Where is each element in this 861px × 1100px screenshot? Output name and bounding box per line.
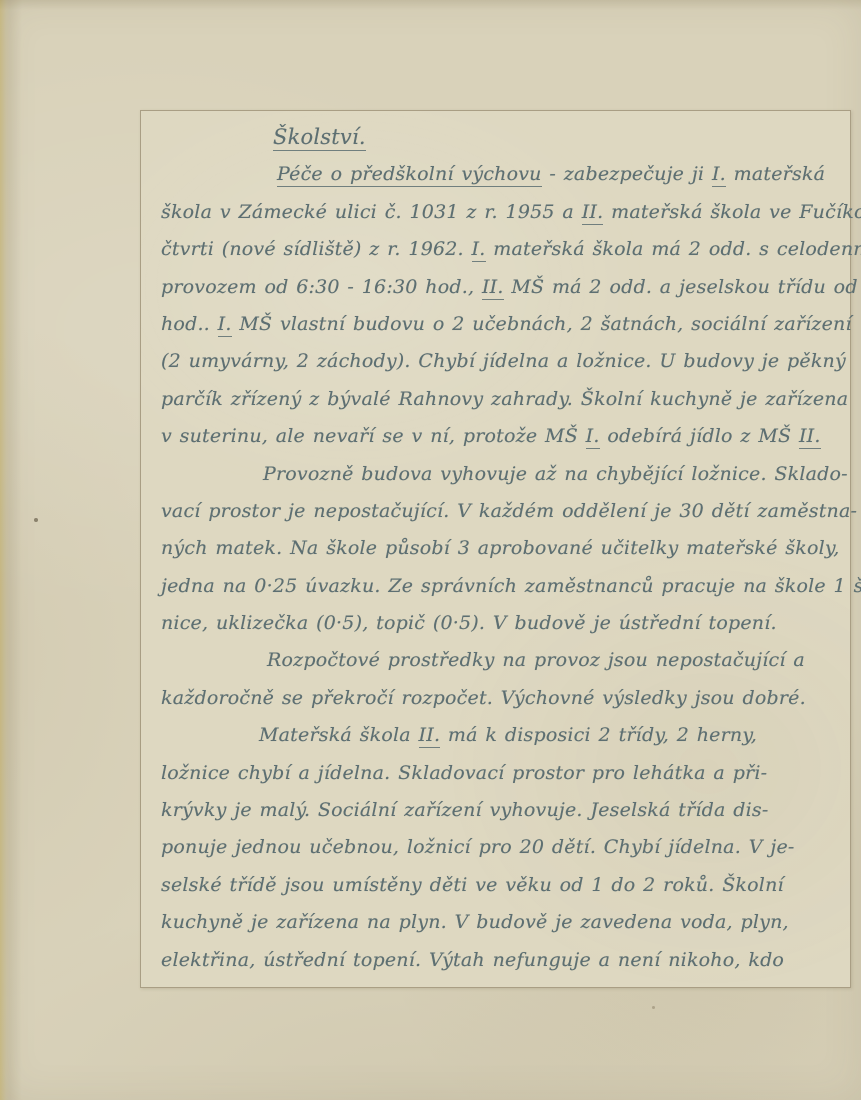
text-segment: selské třídě jsou umístěny děti ve věku … — [161, 874, 784, 896]
underlined-text: II. — [419, 724, 441, 748]
text-line: Péče o předškolní výchovu - zabezpečuje … — [161, 156, 846, 193]
manuscript-sheet: Školství.Péče o předškolní výchovu - zab… — [140, 110, 851, 988]
text-segment: škola v Zámecké ulici č. 1031 z r. 1955 … — [161, 201, 582, 223]
text-line: ných matek. Na škole působí 3 aprobované… — [161, 530, 846, 567]
text-segment: - zabezpečuje ji — [542, 163, 712, 185]
underlined-text: I. — [472, 238, 486, 262]
text-line: provozem od 6:30 - 16:30 hod., II. MŠ má… — [161, 269, 846, 306]
underlined-text: II. — [799, 425, 821, 449]
text-line: parčík zřízený z bývalé Rahnovy zahrady.… — [161, 381, 846, 418]
underlined-text: I. — [218, 313, 232, 337]
text-segment: mateřská — [726, 163, 825, 185]
heading-line: Školství. — [161, 119, 846, 156]
text-line: jedna na 0·25 úvazku. Ze správních zaměs… — [161, 568, 846, 605]
underlined-text: I. — [586, 425, 600, 449]
scan-edge-left — [0, 0, 22, 1100]
text-line: ložnice chybí a jídelna. Skladovací pros… — [161, 755, 846, 792]
text-segment: krývky je malý. Sociální zařízení vyhovu… — [161, 799, 769, 821]
text-segment: MŠ vlastní budovu o 2 učebnách, 2 šatnác… — [232, 313, 852, 335]
text-line: kuchyně je zařízena na plyn. V budově je… — [161, 904, 846, 941]
text-line: (2 umyvárny, 2 záchody). Chybí jídelna a… — [161, 343, 846, 380]
scanned-page: Školství.Péče o předškolní výchovu - zab… — [0, 0, 861, 1100]
underlined-text: I. — [712, 163, 726, 187]
text-line: ponuje jednou učebnou, ložnicí pro 20 dě… — [161, 829, 846, 866]
text-segment: MŠ má 2 odd. a jeselskou třídu od 6:30-1… — [504, 276, 861, 298]
text-line: v suterinu, ale nevaří se v ní, protože … — [161, 418, 846, 455]
text-segment: ponuje jednou učebnou, ložnicí pro 20 dě… — [161, 836, 795, 858]
text-segment: Mateřská škola — [259, 724, 419, 746]
text-line: selské třídě jsou umístěny děti ve věku … — [161, 867, 846, 904]
text-segment: ložnice chybí a jídelna. Skladovací pros… — [161, 762, 767, 784]
text-line: hod.. I. MŠ vlastní budovu o 2 učebnách,… — [161, 306, 846, 343]
underlined-text: Péče o předškolní výchovu — [277, 163, 542, 187]
text-segment: každoročně se překročí rozpočet. Výchovn… — [161, 687, 806, 709]
text-segment: jedna na 0·25 úvazku. Ze správních zaměs… — [161, 575, 861, 597]
text-line: Provozně budova vyhovuje až na chybějící… — [161, 456, 846, 493]
text-line: Mateřská škola II. má k disposici 2 tříd… — [161, 717, 846, 754]
text-segment: kuchyně je zařízena na plyn. V budově je… — [161, 911, 789, 933]
text-line: čtvrti (nové sídliště) z r. 1962. I. mat… — [161, 231, 846, 268]
text-segment: odebírá jídlo z MŠ — [600, 425, 799, 447]
text-segment: ných matek. Na škole působí 3 aprobované… — [161, 537, 840, 559]
text-line: každoročně se překročí rozpočet. Výchovn… — [161, 680, 846, 717]
underlined-text: II. — [482, 276, 504, 300]
text-segment: Provozně budova vyhovuje až na chybějící… — [263, 463, 848, 485]
text-segment: mateřská škola ve Fučíkově — [603, 201, 861, 223]
text-line: elektřina, ústřední topení. Výtah nefung… — [161, 942, 846, 979]
paper-speck — [34, 518, 38, 522]
text-segment: vací prostor je nepostačující. V každém … — [161, 500, 857, 522]
text-segment: v suterinu, ale nevaří se v ní, protože … — [161, 425, 586, 447]
text-segment: provozem od 6:30 - 16:30 hod., — [161, 276, 482, 298]
text-segment: má k disposici 2 třídy, 2 herny, — [440, 724, 757, 746]
text-line: Rozpočtové prostředky na provoz jsou nep… — [161, 642, 846, 679]
paper-speck — [652, 1006, 655, 1009]
text-line: krývky je malý. Sociální zařízení vyhovu… — [161, 792, 846, 829]
text-segment: elektřina, ústřední topení. Výtah nefung… — [161, 949, 784, 971]
text-segment: (2 umyvárny, 2 záchody). Chybí jídelna a… — [161, 350, 846, 372]
underlined-text: II. — [582, 201, 604, 225]
text-segment: hod.. — [161, 313, 218, 335]
text-segment: nice, uklizečka (0·5), topič (0·5). V bu… — [161, 612, 777, 634]
text-line: nice, uklizečka (0·5), topič (0·5). V bu… — [161, 605, 846, 642]
manuscript-text: Školství.Péče o předškolní výchovu - zab… — [161, 119, 846, 979]
scan-edge-top — [0, 0, 861, 10]
text-segment: čtvrti (nové sídliště) z r. 1962. — [161, 238, 472, 260]
underlined-text: Školství. — [273, 125, 366, 151]
text-line: škola v Zámecké ulici č. 1031 z r. 1955 … — [161, 194, 846, 231]
text-line: vací prostor je nepostačující. V každém … — [161, 493, 846, 530]
text-segment: mateřská škola má 2 odd. s celodenním — [486, 238, 861, 260]
text-segment: parčík zřízený z bývalé Rahnovy zahrady.… — [161, 388, 848, 410]
text-segment: Rozpočtové prostředky na provoz jsou nep… — [267, 649, 805, 671]
